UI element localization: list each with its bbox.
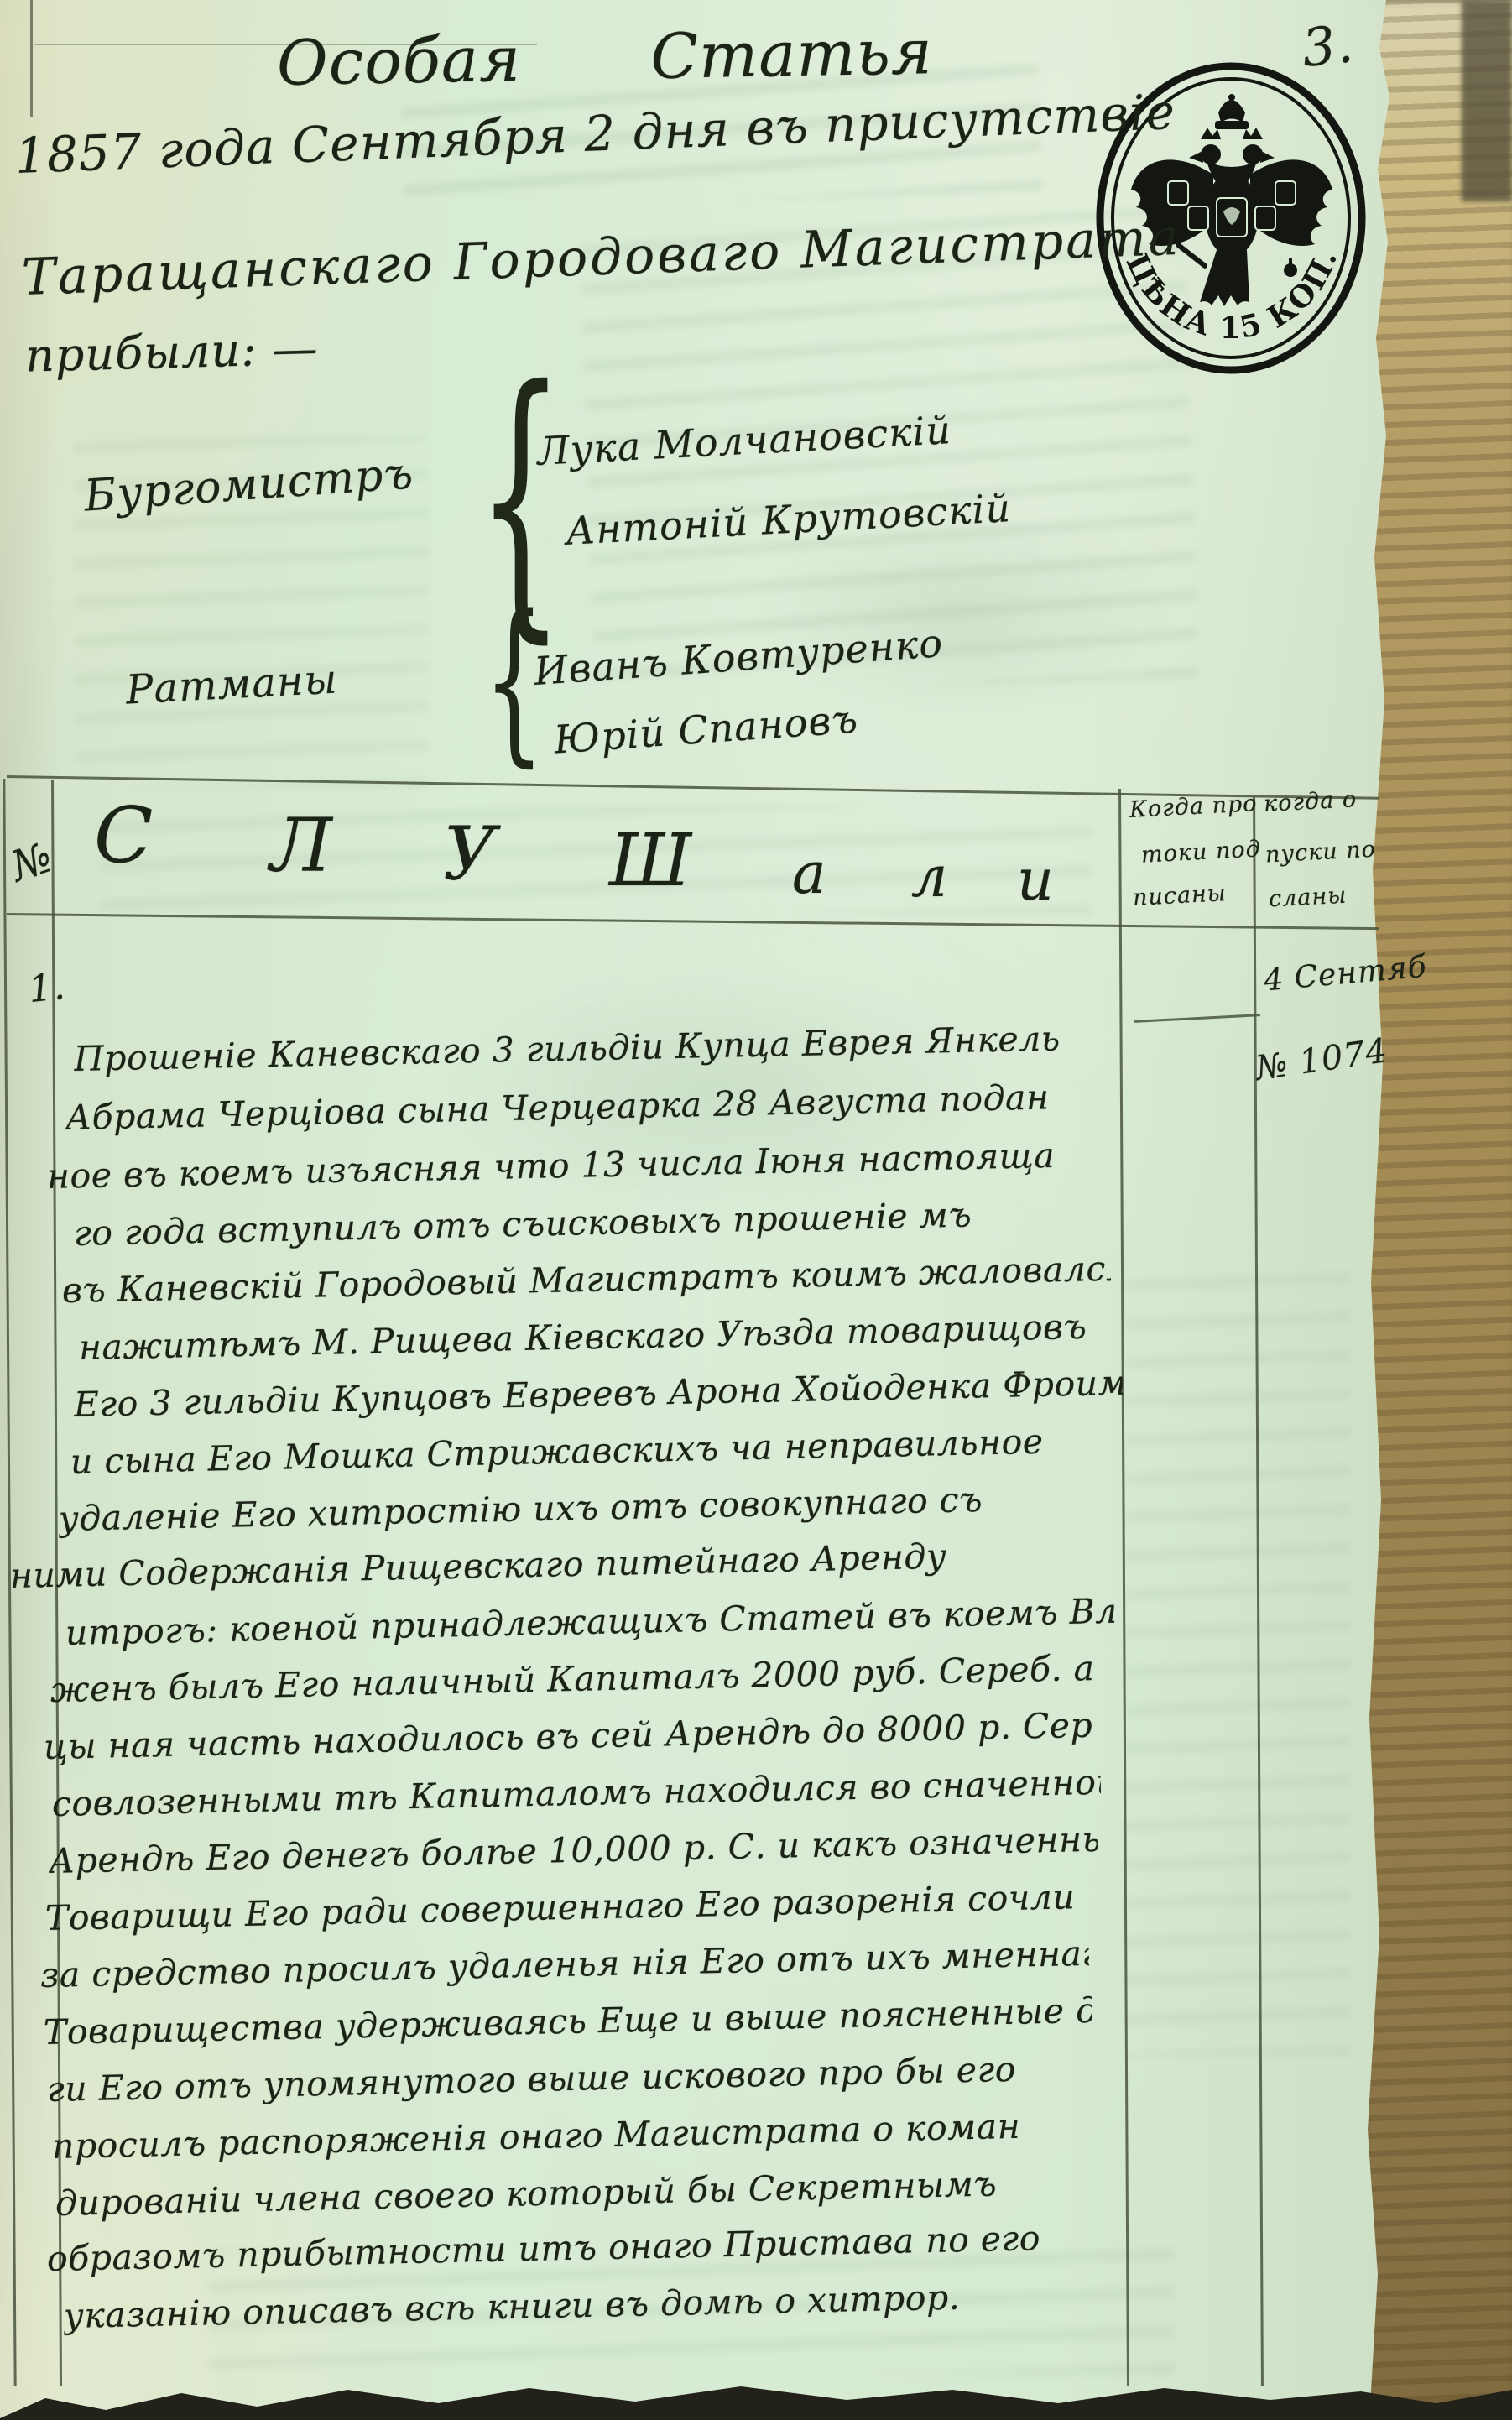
table-rule-col-sent xyxy=(1253,797,1264,2386)
heard-letter: а xyxy=(792,841,827,907)
entry-text-line: Абрама Черціова сына Черцеарка 28 Август… xyxy=(65,1076,1114,1138)
heard-letter: Ш xyxy=(609,819,692,903)
entry-number: 1. xyxy=(26,965,67,1011)
entry-text-line: за средство просилъ удаленья нія Его отъ… xyxy=(39,1933,1089,1995)
torn-bottom-paper-edge xyxy=(0,2381,1512,2420)
heard-letter: л xyxy=(911,844,948,910)
entry-text-line: женъ былъ Его наличный Капиталъ 2000 руб… xyxy=(50,1648,1099,1710)
bleed-through-ghost xyxy=(1124,1259,1351,2056)
entry-text-line: просилъ распоряженія онаго Магистрата о … xyxy=(51,2104,1101,2167)
entry-text-line: и сына Его Мошка Стрижавскихъ ча неправи… xyxy=(70,1420,1119,1482)
official-title-burgomaster: Бургомистръ xyxy=(82,448,414,521)
heard-letter: и xyxy=(1017,848,1055,914)
heard-letter: У xyxy=(443,811,498,897)
entry-text-line: Его 3 гильдіи Купцовъ Евреевъ Арона Хойо… xyxy=(73,1363,1123,1425)
official-name: Иванъ Ковтуренко xyxy=(533,620,945,694)
entry-text-line: Товарищи Его ради совершеннаго Его разор… xyxy=(44,1876,1094,1938)
entry-text-line: Арендѣ Его денегъ болѣе 10,000 р. С. и к… xyxy=(48,1819,1098,1881)
torn-right-paper-edge xyxy=(1358,0,1512,2420)
entry-text-line: совлозенными тѣ Капиталомъ находился во … xyxy=(51,1762,1101,1824)
official-name: Юрій Спановъ xyxy=(553,696,860,762)
table-rule-header-bottom xyxy=(7,913,1379,930)
entry-text-line: указанію описавъ всѣ книги въ домѣ о хит… xyxy=(63,2274,1113,2336)
official-name: Антоній Крутовскій xyxy=(565,485,1012,554)
entry-text-line: въ Каневскій Городовый Магистратъ коимъ … xyxy=(61,1249,1111,1311)
heard-letter: Л xyxy=(270,802,332,889)
intro-line: 1857 года Сентября 2 дня въ присутствіе xyxy=(14,83,1176,185)
column-header-when-signed: токи под xyxy=(1140,836,1261,868)
entry-text-line: ги Его отъ упомянутого выше искового про… xyxy=(46,2047,1096,2110)
entry-text-line: Прошеніе Каневскаго 3 гильдіи Купца Евре… xyxy=(73,1017,1123,1079)
official-name: Лука Молчановскій xyxy=(536,407,952,474)
column-header-when-sent: сланы xyxy=(1268,883,1348,913)
intro-line: прибыли: — xyxy=(24,321,319,382)
official-title-ratmans: Ратманы xyxy=(125,655,339,713)
intro-line: Таращанскаго Городоваго Магистрата xyxy=(21,208,1182,307)
when-signed-dash xyxy=(1134,1014,1260,1023)
column-header-when-signed: писаны xyxy=(1132,880,1227,911)
binding-crease xyxy=(30,0,33,117)
scanned-archival-page: 3. xyxy=(0,0,1512,2420)
when-sent-number: № 1074 xyxy=(1254,1031,1390,1088)
entry-text-line: ное въ коемъ изъясняя что 13 числа Іюня … xyxy=(46,1134,1096,1197)
column-header-when-signed: Когда про xyxy=(1129,790,1258,823)
heard-letter: С xyxy=(94,790,154,880)
entry-text-line: го года вступилъ отъ съисковыхъ прошеніе… xyxy=(73,1192,1123,1254)
entry-text-line: дированіи члена своего который бы Секрет… xyxy=(55,2162,1104,2224)
entry-text-line: Товарищества удерживаясь Еще и выше пояс… xyxy=(43,1990,1092,2052)
book-edge-corner xyxy=(1462,0,1512,201)
entry-text-line: ними Содержанія Рищевскаго питейнаго Аре… xyxy=(9,1534,1059,1596)
entry-text-line: итрогъ: коеной принадлежащихъ Статей въ … xyxy=(65,1591,1114,1653)
column-header-when-sent: пуски по xyxy=(1264,837,1376,868)
entry-text-line: образомъ прибытности итъ онаго Пристава … xyxy=(46,2217,1096,2279)
column-header-when-sent: когда о xyxy=(1263,786,1358,817)
entry-text-line: нажитѣмъ М. Рищева Кіевскаго Уѣзда товар… xyxy=(78,1306,1128,1368)
entry-text-line: удаленіе Его хитростію ихъ отъ совокупна… xyxy=(58,1477,1108,1539)
entry-text-line: цы ная часть находилось въ сей Арендѣ до… xyxy=(43,1705,1092,1767)
document-title: Особая Статья xyxy=(276,16,933,100)
